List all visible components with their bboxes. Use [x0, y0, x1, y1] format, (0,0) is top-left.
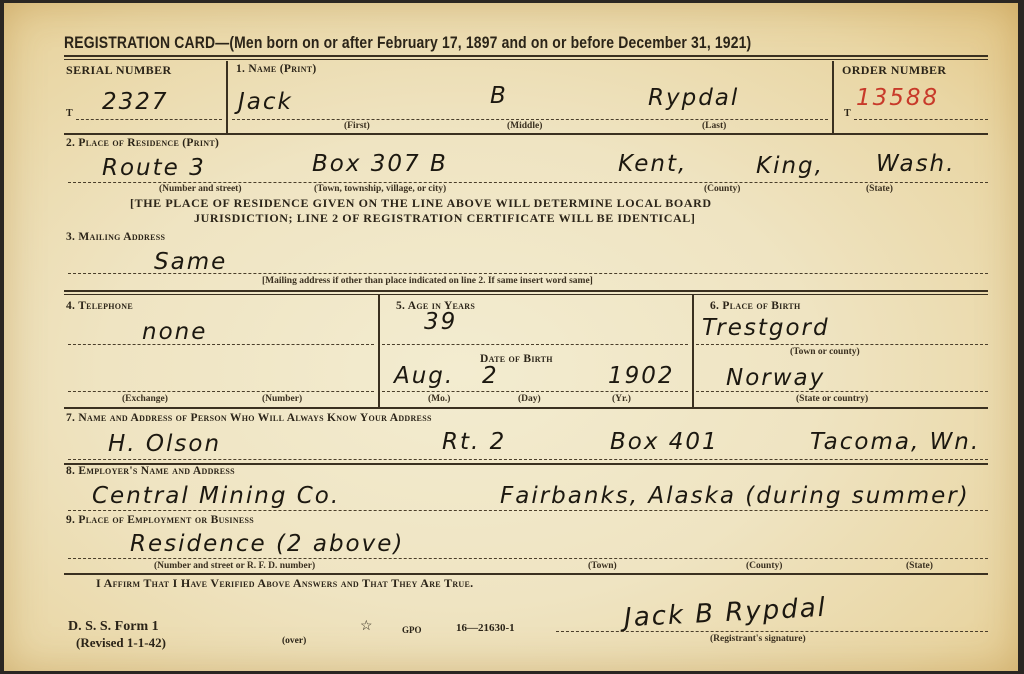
serial-prefix: T [66, 108, 73, 119]
employer-name: Central Mining Co. [92, 483, 340, 509]
order-prefix: T [844, 108, 851, 119]
town-or-county-caption: (Town or county) [790, 347, 860, 357]
divider [64, 133, 988, 135]
dotted-line [68, 391, 374, 392]
employment-county-caption: (County) [746, 561, 782, 571]
employment-value: Residence (2 above) [130, 531, 404, 557]
dob-month: Aug. [394, 363, 454, 389]
birthplace-label: 6. Place of Birth [710, 300, 801, 312]
gpo-mark: GPO [402, 625, 422, 635]
telephone-value: none [142, 319, 207, 345]
contact-name: H. Olson [108, 431, 221, 457]
month-caption: (Mo.) [428, 394, 450, 404]
dotted-line [68, 182, 988, 183]
employer-address: Fairbanks, Alaska (during summer) [500, 483, 970, 509]
employment-label: 9. Place of Employment or Business [66, 514, 254, 526]
residence-state: Wash. [876, 151, 955, 177]
town-caption: (Town, township, village, or city) [314, 184, 446, 194]
affirmation-text: I Affirm That I Have Verified Above Answ… [96, 576, 473, 591]
dob-year: 1902 [608, 363, 675, 389]
name-label: 1. Name (Print) [236, 63, 317, 75]
contact-city: Tacoma, Wn. [810, 429, 980, 455]
dotted-line [68, 273, 988, 274]
residence-label: 2. Place of Residence (Print) [66, 137, 219, 149]
employment-street-caption: (Number and street or R. F. D. number) [154, 561, 315, 571]
name-middle: B [490, 83, 508, 109]
order-number-label: ORDER NUMBER [842, 63, 946, 78]
divider [64, 294, 988, 295]
mailing-caption: [Mailing address if other than place ind… [262, 276, 593, 286]
registrant-signature: Jack B Rypdal [623, 593, 827, 634]
dotted-line [76, 119, 222, 120]
serial-number-label: SERIAL NUMBER [66, 63, 172, 78]
residence-notice-line2: JURISDICTION; LINE 2 OF REGISTRATION CER… [194, 211, 695, 226]
mailing-address-value: Same [154, 249, 227, 275]
serial-number-value: 2327 [102, 89, 169, 115]
name-last: Rypdal [648, 85, 739, 111]
divider [64, 55, 988, 57]
state-or-country-caption: (State or country) [796, 394, 868, 404]
dotted-line [68, 510, 988, 511]
residence-notice-line1: [THE PLACE OF RESIDENCE GIVEN ON THE LIN… [130, 196, 712, 211]
signature-caption: (Registrant's signature) [710, 634, 806, 644]
divider [64, 407, 988, 409]
divider [226, 61, 228, 133]
birthplace-country: Norway [726, 365, 825, 391]
divider [692, 295, 694, 407]
state-caption: (State) [866, 184, 893, 194]
mailing-address-label: 3. Mailing Address [66, 231, 165, 243]
divider [64, 59, 988, 60]
contact-box: Box 401 [610, 429, 719, 455]
star-icon: ☆ [360, 618, 373, 635]
dotted-line [854, 119, 988, 120]
age-value: 39 [424, 309, 457, 335]
contact-route: Rt. 2 [442, 429, 506, 455]
dotted-line [68, 558, 988, 559]
employment-town-caption: (Town) [588, 561, 617, 571]
residence-street: Route 3 [102, 155, 206, 181]
form-revised: (Revised 1-1-42) [76, 635, 166, 651]
day-caption: (Day) [518, 394, 541, 404]
residence-county: King, [756, 153, 824, 179]
last-caption: (Last) [702, 121, 726, 131]
first-caption: (First) [344, 121, 370, 131]
card-title: REGISTRATION CARD—(Men born on or after … [64, 33, 751, 53]
divider [64, 573, 988, 575]
dotted-line [382, 391, 688, 392]
registration-card: REGISTRATION CARD—(Men born on or after … [4, 3, 1018, 671]
employer-label: 8. Employer's Name and Address [66, 465, 235, 477]
middle-caption: (Middle) [507, 121, 542, 131]
exchange-caption: (Exchange) [122, 394, 168, 404]
name-first: Jack [238, 89, 293, 115]
telephone-label: 4. Telephone [66, 300, 133, 312]
year-caption: (Yr.) [612, 394, 631, 404]
dotted-line [696, 391, 988, 392]
dotted-line [68, 344, 374, 345]
dotted-line [696, 344, 988, 345]
birthplace-town: Trestgord [702, 315, 830, 341]
dotted-line [232, 119, 828, 120]
dotted-line [382, 344, 688, 345]
employment-state-caption: (State) [906, 561, 933, 571]
contact-label: 7. Name and Address of Person Who Will A… [66, 412, 432, 424]
dotted-line [68, 459, 988, 460]
form-id: D. S. S. Form 1 [68, 619, 159, 635]
divider [64, 290, 988, 292]
dob-day: 2 [482, 363, 499, 389]
over-note: (over) [282, 636, 306, 646]
residence-city: Kent, [618, 151, 687, 177]
dotted-line [556, 631, 988, 632]
number-caption: (Number) [262, 394, 302, 404]
street-caption: (Number and street) [159, 184, 242, 194]
residence-town: Box 307 B [312, 151, 448, 177]
gpo-number: 16—21630-1 [456, 622, 515, 634]
order-number-value: 13588 [856, 85, 939, 111]
county-caption: (County) [704, 184, 740, 194]
divider [378, 295, 380, 407]
divider [832, 61, 834, 133]
